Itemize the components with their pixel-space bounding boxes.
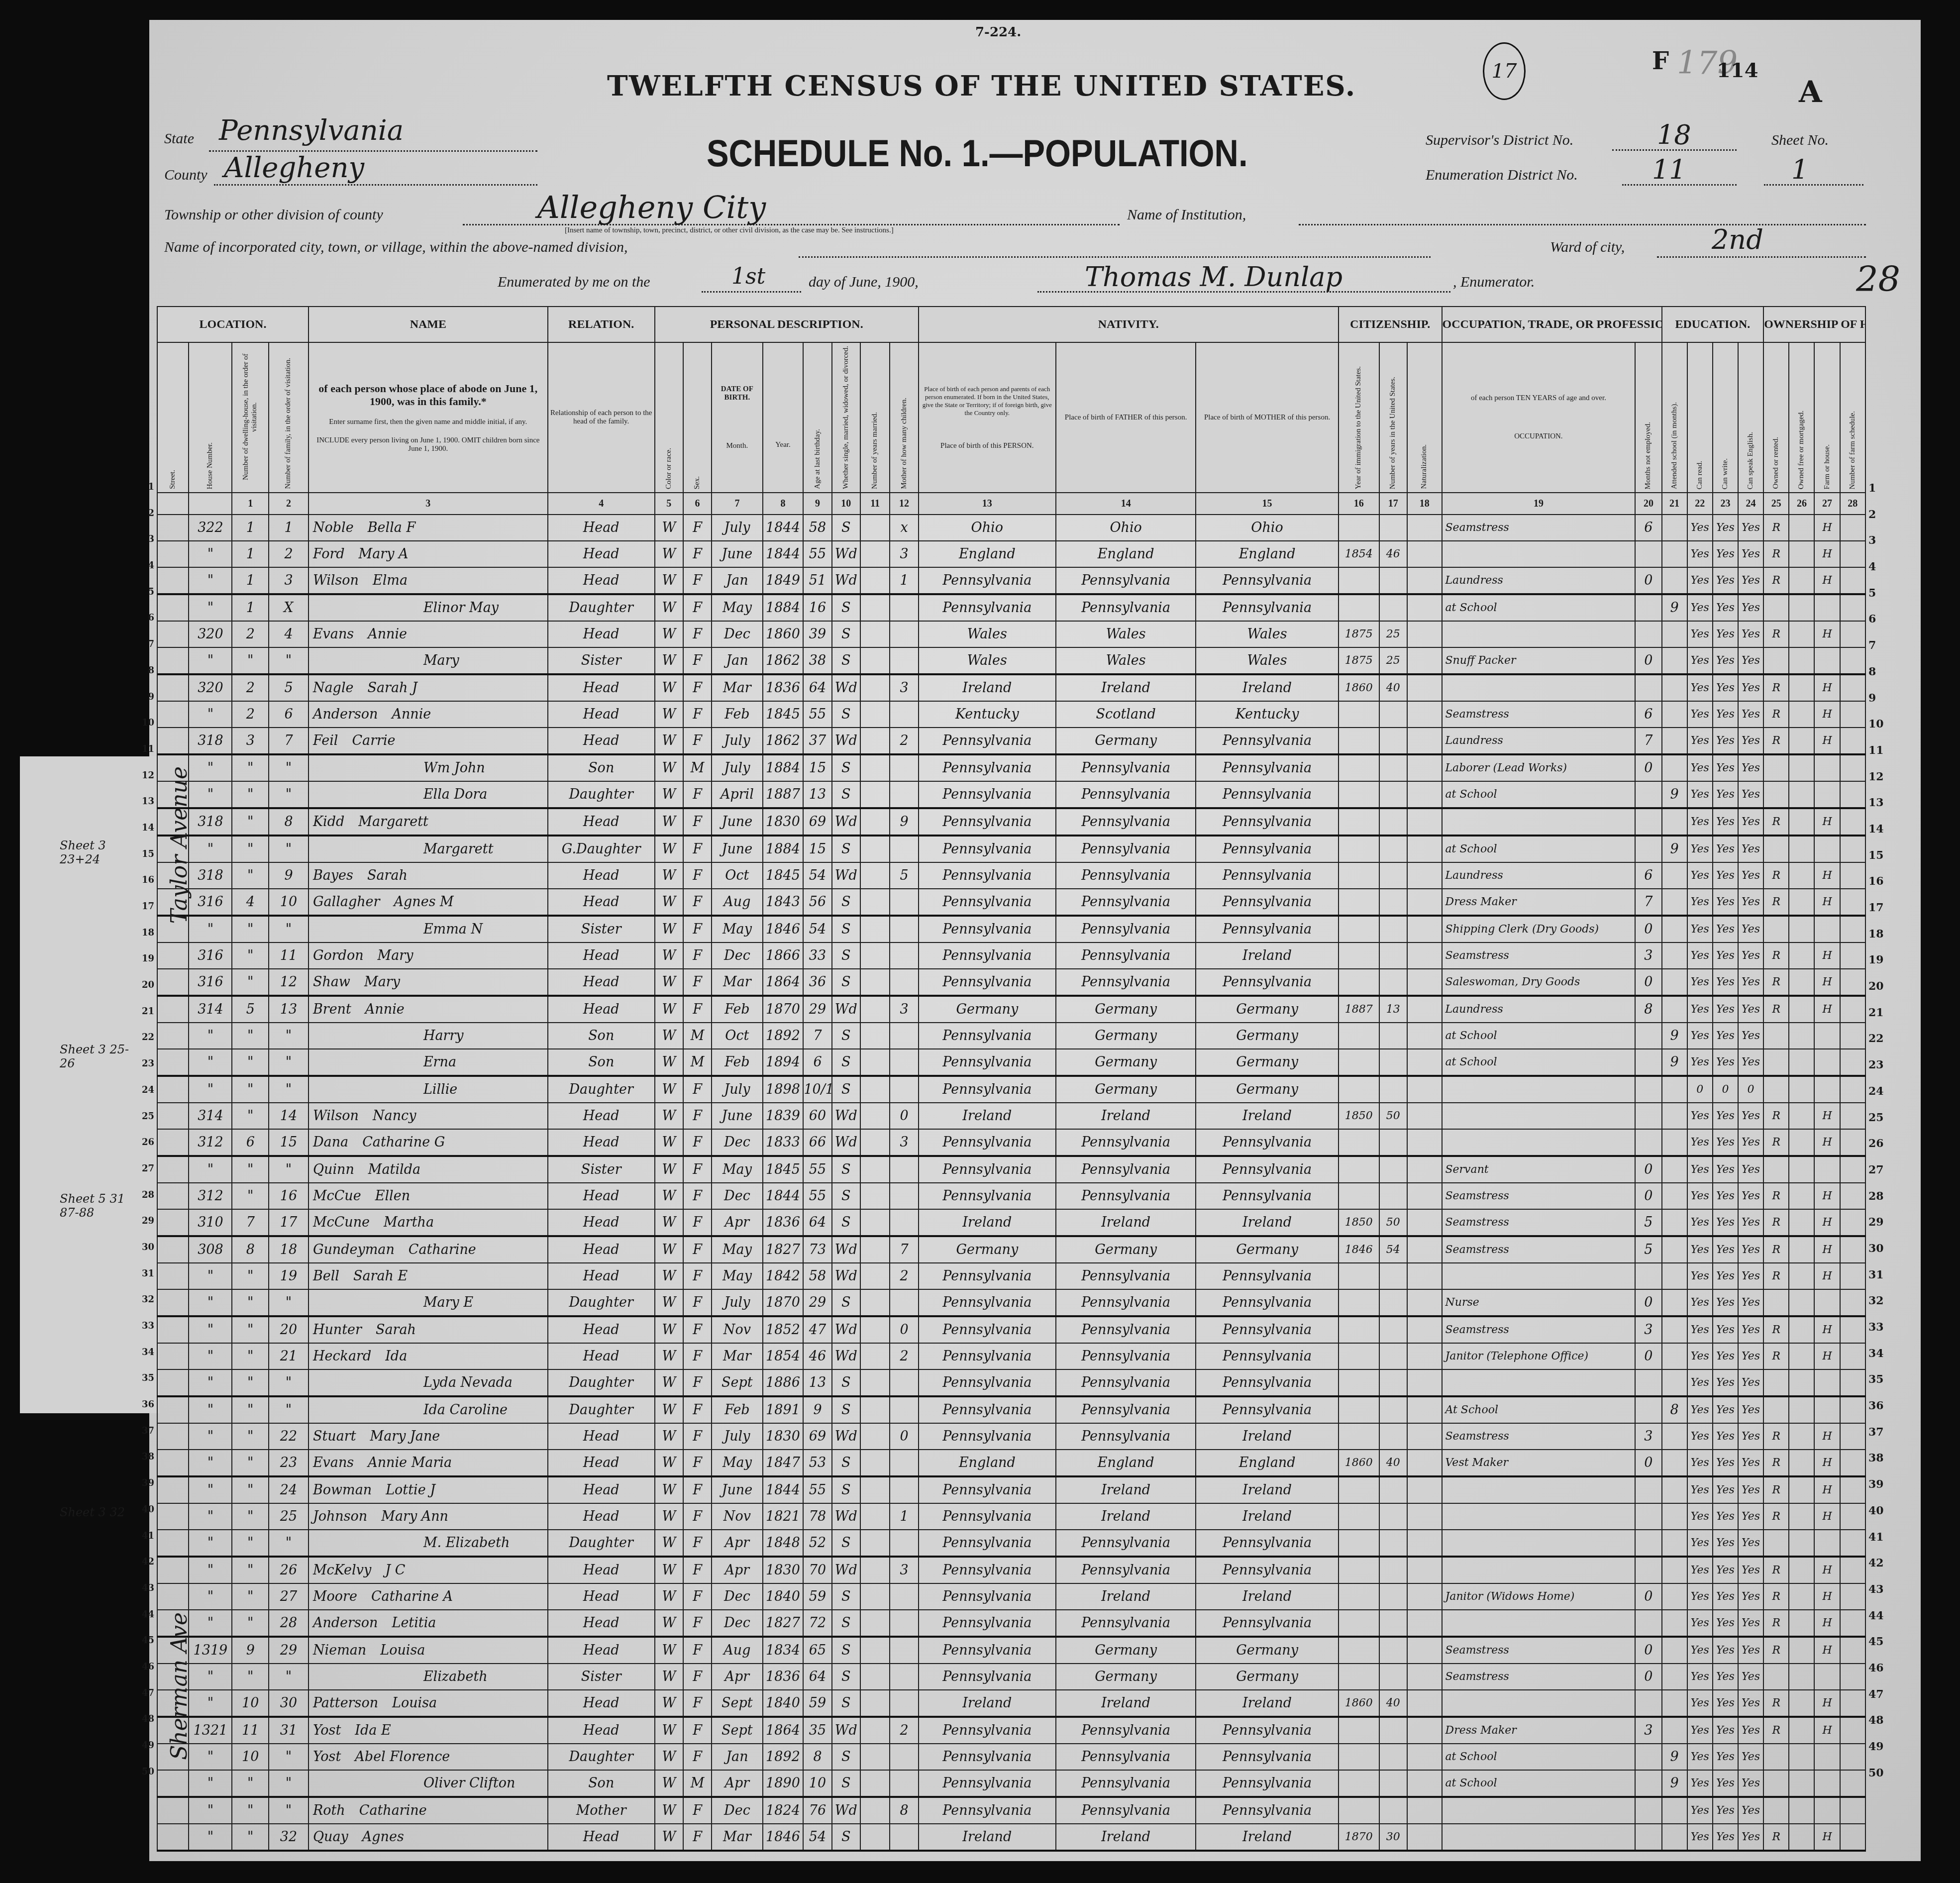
col-name: of each person whose place of abode on J…: [309, 342, 548, 493]
cell-write: Yes: [1713, 1369, 1738, 1396]
table-row: 318"9BayesSarahHeadWFOct184554Wd5Pennsyl…: [157, 862, 1865, 889]
cell-read: Yes: [1687, 567, 1713, 594]
cell-color: W: [655, 1717, 683, 1744]
cell-farm: H: [1814, 1183, 1840, 1209]
cell-nat: [1407, 1156, 1442, 1183]
township-instruction: [Insert name of township, town, precinct…: [565, 226, 894, 235]
cell-birth: Ireland: [919, 1824, 1056, 1851]
line-number: 43: [134, 1583, 154, 1609]
cell-year: 1892: [763, 1744, 804, 1770]
cell-street: [157, 1316, 189, 1343]
cell-birth: Pennsylvania: [919, 1503, 1056, 1530]
cell-farm: [1814, 1744, 1840, 1770]
table-row: """Oliver CliftonSonWMApr189010SPennsylv…: [157, 1770, 1865, 1797]
cell-mother-of: [890, 1530, 918, 1557]
cell-not-employed: [1635, 594, 1661, 621]
cell-farm: [1814, 1369, 1840, 1396]
surname: Evans: [313, 1455, 354, 1470]
cell-married-years: [860, 1797, 890, 1824]
cell-years-us: [1379, 1423, 1407, 1450]
cell-house: ": [189, 567, 232, 594]
cell-english: Yes: [1738, 889, 1763, 916]
cell-mother-of: 3: [890, 541, 918, 567]
line-number: 2: [1868, 508, 1898, 534]
column-number: 23: [1713, 493, 1738, 515]
given-name: Agnes M: [394, 894, 453, 910]
cell-mother: Pennsylvania: [1196, 781, 1339, 808]
cell-nat: [1407, 1236, 1442, 1263]
cell-english: Yes: [1738, 1690, 1763, 1717]
cell-birth: Pennsylvania: [919, 942, 1056, 969]
cell-family: 20: [269, 1316, 309, 1343]
cell-name: Mary: [309, 647, 548, 674]
cell-school: [1662, 1824, 1687, 1851]
cell-dwelling: ": [232, 1770, 269, 1797]
column-number: 3: [309, 493, 548, 515]
cell-dwelling: 2: [232, 621, 269, 647]
cell-married-years: [860, 1476, 890, 1503]
cell-occupation: Laundress: [1442, 996, 1636, 1023]
cell-occupation: at School: [1442, 1023, 1636, 1049]
cell-school: [1662, 1797, 1687, 1824]
col-year: Year.: [763, 342, 804, 493]
cell-immig: [1339, 754, 1379, 781]
cell-month: May: [712, 1236, 762, 1263]
cell-years-us: [1379, 942, 1407, 969]
cell-street: [157, 1530, 189, 1557]
cell-marital: S: [832, 942, 860, 969]
line-number: 17: [134, 901, 154, 928]
cell-mother: Wales: [1196, 647, 1339, 674]
cell-father: Pennsylvania: [1056, 754, 1196, 781]
cell-father: Pennsylvania: [1056, 1129, 1196, 1156]
cell-english: Yes: [1738, 1183, 1763, 1209]
cell-owned: R: [1763, 1583, 1789, 1610]
cell-month: Aug: [712, 1637, 762, 1664]
cell-father: Wales: [1056, 647, 1196, 674]
cell-read: Yes: [1687, 862, 1713, 889]
line-number: 47: [1868, 1688, 1898, 1714]
line-number: 18: [134, 928, 154, 954]
cell-color: W: [655, 1423, 683, 1450]
surname: Bell: [313, 1268, 339, 1284]
cell-owned: R: [1763, 808, 1789, 836]
cell-dwelling: ": [232, 969, 269, 996]
cell-name: Elinor May: [309, 594, 548, 621]
cell-color: W: [655, 594, 683, 621]
cell-age: 53: [803, 1450, 831, 1476]
cell-father: Germany: [1056, 1023, 1196, 1049]
cell-name: YostIda E: [309, 1717, 548, 1744]
surname: Anderson: [313, 1615, 378, 1631]
cell-occupation: at School: [1442, 1744, 1636, 1770]
cell-years-us: [1379, 1744, 1407, 1770]
cell-birth: Pennsylvania: [919, 1076, 1056, 1103]
line-number: 24: [1868, 1085, 1898, 1111]
col-birth-mother: Place of birth of MOTHER of this person.: [1196, 342, 1339, 493]
cell-name: WilsonElma: [309, 567, 548, 594]
cell-immig: [1339, 1263, 1379, 1289]
cell-mother-of: 9: [890, 808, 918, 836]
cell-family: 28: [269, 1610, 309, 1637]
enumerated-day: 1st: [731, 264, 765, 289]
cell-farm: H: [1814, 621, 1840, 647]
page-margin-number: 28: [1856, 259, 1900, 300]
given-name: Mary A: [359, 546, 409, 562]
cell-dwelling: ": [232, 1289, 269, 1316]
line-number: 35: [1868, 1373, 1898, 1399]
line-number: 26: [1868, 1137, 1898, 1163]
cell-mother: Ireland: [1196, 1824, 1339, 1851]
cell-month: Dec: [712, 1583, 762, 1610]
cell-year: 1887: [763, 781, 804, 808]
surname: Moore: [313, 1589, 357, 1604]
table-row: 31837FeilCarrieHeadWFJuly186237Wd2Pennsy…: [157, 728, 1865, 754]
column-number: 1: [232, 493, 269, 515]
surname: Gallagher: [313, 894, 380, 910]
cell-farm: H: [1814, 1316, 1840, 1343]
cell-marital: S: [832, 1209, 860, 1236]
cell-not-employed: [1635, 674, 1661, 701]
cell-not-employed: [1635, 1396, 1661, 1423]
cell-married-years: [860, 916, 890, 942]
cell-read: Yes: [1687, 1583, 1713, 1610]
cell-age: 13: [803, 1369, 831, 1396]
cell-owned: R: [1763, 1103, 1789, 1129]
cell-house: ": [189, 916, 232, 942]
cell-english: Yes: [1738, 1236, 1763, 1263]
cell-year: 1842: [763, 1263, 804, 1289]
cell-sex: F: [683, 1717, 712, 1744]
cell-nat: [1407, 567, 1442, 594]
surname: Ford: [313, 546, 345, 562]
line-number: 44: [134, 1609, 154, 1636]
cell-immig: [1339, 1049, 1379, 1076]
line-number: 22: [1868, 1032, 1898, 1058]
cell-family: 5: [269, 674, 309, 701]
table-row: """Mary EDaughterWFJuly187029SPennsylvan…: [157, 1289, 1865, 1316]
cell-mother: Germany: [1196, 996, 1339, 1023]
cell-read: Yes: [1687, 728, 1713, 754]
cell-write: 0: [1713, 1076, 1738, 1103]
cell-owned: [1763, 594, 1789, 621]
cell-free: [1789, 728, 1814, 754]
table-row: 314513BrentAnnieHeadWFFeb187029Wd3German…: [157, 996, 1865, 1023]
cell-mother-of: [890, 1023, 918, 1049]
cell-write: Yes: [1713, 1316, 1738, 1343]
cell-owned: R: [1763, 1690, 1789, 1717]
cell-farm: [1814, 647, 1840, 674]
cell-color: W: [655, 1129, 683, 1156]
cell-owned: R: [1763, 1343, 1789, 1369]
cell-marital: S: [832, 916, 860, 942]
cell-mother-of: [890, 1369, 918, 1396]
given-name: Mary: [378, 948, 413, 963]
cell-owned: R: [1763, 996, 1789, 1023]
cell-dwelling: ": [232, 1183, 269, 1209]
cell-sex: F: [683, 1530, 712, 1557]
cell-immig: 1860: [1339, 1450, 1379, 1476]
line-number: 21: [1868, 1006, 1898, 1033]
line-number: 10: [134, 718, 154, 744]
cell-dwelling: ": [232, 1530, 269, 1557]
line-number: 12: [134, 770, 154, 797]
cell-name: Lyda Nevada: [309, 1369, 548, 1396]
cell-read: Yes: [1687, 889, 1713, 916]
col-farm-house: Farm or house.: [1814, 342, 1840, 493]
cell-occupation: [1442, 1530, 1636, 1557]
cell-nat: [1407, 1129, 1442, 1156]
cell-dwelling: ": [232, 862, 269, 889]
cell-write: Yes: [1713, 1503, 1738, 1530]
cell-owned: [1763, 1023, 1789, 1049]
cell-sex: F: [683, 996, 712, 1023]
cell-occupation: [1442, 1610, 1636, 1637]
cell-sched: [1840, 1476, 1865, 1503]
cell-year: 1884: [763, 836, 804, 862]
cell-relation: Head: [548, 889, 655, 916]
cell-family: 27: [269, 1583, 309, 1610]
cell-immig: [1339, 701, 1379, 728]
cell-mother: Pennsylvania: [1196, 1289, 1339, 1316]
cell-write: Yes: [1713, 728, 1738, 754]
cell-years-us: [1379, 1023, 1407, 1049]
cell-relation: Head: [548, 1129, 655, 1156]
cell-sched: [1840, 754, 1865, 781]
column-number: 10: [832, 493, 860, 515]
cell-year: 1884: [763, 754, 804, 781]
cell-birth: Ireland: [919, 1103, 1056, 1129]
cell-sched: [1840, 1450, 1865, 1476]
cell-years-us: [1379, 567, 1407, 594]
cell-school: [1662, 1450, 1687, 1476]
cell-color: W: [655, 621, 683, 647]
given-name: Margarett: [358, 814, 428, 830]
given-name: Ella Dora: [423, 787, 488, 802]
cell-nat: [1407, 969, 1442, 996]
cell-occupation: Vest Maker: [1442, 1450, 1636, 1476]
cell-birth: Pennsylvania: [919, 1049, 1056, 1076]
cell-birth: Pennsylvania: [919, 1476, 1056, 1503]
cell-year: 1836: [763, 1209, 804, 1236]
col-relation: Relationship of each person to the head …: [548, 342, 655, 493]
cell-mother-of: 2: [890, 728, 918, 754]
cell-relation: Head: [548, 1690, 655, 1717]
cell-sched: [1840, 1049, 1865, 1076]
cell-farm: H: [1814, 1610, 1840, 1637]
cell-sex: F: [683, 1637, 712, 1664]
cell-write: Yes: [1713, 1209, 1738, 1236]
cell-sex: F: [683, 647, 712, 674]
cell-owned: R: [1763, 1824, 1789, 1851]
cell-school: [1662, 1343, 1687, 1369]
cell-age: 64: [803, 1209, 831, 1236]
cell-free: [1789, 594, 1814, 621]
cell-owned: R: [1763, 942, 1789, 969]
cell-name: EvansAnnie: [309, 621, 548, 647]
cell-street: [157, 1369, 189, 1396]
given-name: Bella F: [368, 520, 416, 535]
cell-color: W: [655, 969, 683, 996]
cell-owned: R: [1763, 621, 1789, 647]
cell-year: 1866: [763, 942, 804, 969]
cell-nat: [1407, 1209, 1442, 1236]
cell-english: Yes: [1738, 541, 1763, 567]
cell-years-us: 25: [1379, 647, 1407, 674]
cell-age: 36: [803, 969, 831, 996]
cell-read: Yes: [1687, 996, 1713, 1023]
cell-house: 322: [189, 515, 232, 541]
cell-marital: Wd: [832, 567, 860, 594]
group-occupation: OCCUPATION, TRADE, OR PROFESSION: [1442, 307, 1662, 342]
cell-father: Pennsylvania: [1056, 942, 1196, 969]
cell-free: [1789, 1103, 1814, 1129]
cell-married-years: [860, 1664, 890, 1690]
cell-dwelling: ": [232, 1316, 269, 1343]
cell-month: July: [712, 515, 762, 541]
line-number: 1: [1868, 482, 1898, 508]
cell-free: [1789, 862, 1814, 889]
cell-age: 51: [803, 567, 831, 594]
col-house-number: House Number.: [189, 342, 232, 493]
cell-age: 38: [803, 647, 831, 674]
cell-dwelling: ": [232, 1263, 269, 1289]
cell-occupation: Seamstress: [1442, 1637, 1636, 1664]
cell-sex: F: [683, 808, 712, 836]
cell-relation: Head: [548, 969, 655, 996]
cell-nat: [1407, 781, 1442, 808]
cell-free: [1789, 1797, 1814, 1824]
cell-not-employed: 3: [1635, 1316, 1661, 1343]
cell-english: Yes: [1738, 1289, 1763, 1316]
cell-write: Yes: [1713, 621, 1738, 647]
cell-english: Yes: [1738, 1263, 1763, 1289]
cell-write: Yes: [1713, 1396, 1738, 1423]
cell-sched: [1840, 1637, 1865, 1664]
cell-not-employed: 0: [1635, 567, 1661, 594]
cell-nat: [1407, 541, 1442, 567]
column-number: 20: [1635, 493, 1661, 515]
cell-mother-of: [890, 1476, 918, 1503]
incorporated-label: Name of incorporated city, town, or vill…: [164, 239, 628, 256]
cell-mother: England: [1196, 1450, 1339, 1476]
line-number: 26: [134, 1137, 154, 1163]
cell-farm: H: [1814, 1717, 1840, 1744]
cell-sex: M: [683, 1023, 712, 1049]
cell-street: [157, 701, 189, 728]
cell-father: Pennsylvania: [1056, 1289, 1196, 1316]
surname: Nagle: [313, 680, 354, 696]
cell-street: [157, 1129, 189, 1156]
cell-school: [1662, 808, 1687, 836]
cell-mother: Pennsylvania: [1196, 836, 1339, 862]
cell-relation: Son: [548, 754, 655, 781]
line-number: 33: [1868, 1321, 1898, 1347]
cell-birth: Pennsylvania: [919, 889, 1056, 916]
cell-write: Yes: [1713, 889, 1738, 916]
cell-owned: [1763, 1076, 1789, 1103]
cell-dwelling: 1: [232, 515, 269, 541]
cell-not-employed: 3: [1635, 1717, 1661, 1744]
surname: McCue: [313, 1188, 361, 1204]
cell-house: ": [189, 701, 232, 728]
cell-dwelling: ": [232, 754, 269, 781]
cell-month: Oct: [712, 1023, 762, 1049]
cell-write: Yes: [1713, 541, 1738, 567]
cell-owned: R: [1763, 1183, 1789, 1209]
table-row: """MarySisterWFJan186238SWalesWalesWales…: [157, 647, 1865, 674]
cell-relation: Head: [548, 567, 655, 594]
cell-school: [1662, 1690, 1687, 1717]
cell-free: [1789, 754, 1814, 781]
cell-family: 26: [269, 1557, 309, 1583]
cell-school: [1662, 1236, 1687, 1263]
cell-father: Pennsylvania: [1056, 1557, 1196, 1583]
cell-age: 64: [803, 674, 831, 701]
cell-free: [1789, 1236, 1814, 1263]
cell-farm: H: [1814, 969, 1840, 996]
cell-house: ": [189, 1690, 232, 1717]
cell-nat: [1407, 728, 1442, 754]
cell-years-us: [1379, 781, 1407, 808]
cell-years-us: [1379, 1797, 1407, 1824]
cell-occupation: [1442, 1690, 1636, 1717]
line-number: 8: [1868, 665, 1898, 692]
cell-mother-of: 1: [890, 1503, 918, 1530]
cell-family: ": [269, 1023, 309, 1049]
cell-sex: F: [683, 541, 712, 567]
cell-not-employed: [1635, 1744, 1661, 1770]
cell-years-us: [1379, 1637, 1407, 1664]
cell-years-us: 40: [1379, 1450, 1407, 1476]
cell-school: [1662, 969, 1687, 996]
cell-year: 1846: [763, 1824, 804, 1851]
cell-family: ": [269, 1049, 309, 1076]
cell-years-us: 50: [1379, 1209, 1407, 1236]
enumerated-day-field: [702, 291, 801, 293]
cell-married-years: [860, 1129, 890, 1156]
cell-mother-of: [890, 594, 918, 621]
census-title: TWELFTH CENSUS OF THE UNITED STATES.: [607, 70, 1356, 103]
cell-not-employed: 0: [1635, 754, 1661, 781]
cell-read: Yes: [1687, 1476, 1713, 1503]
cell-occupation: [1442, 1103, 1636, 1129]
cell-color: W: [655, 1797, 683, 1824]
cell-write: Yes: [1713, 808, 1738, 836]
cell-relation: Head: [548, 1263, 655, 1289]
cell-dwelling: 2: [232, 674, 269, 701]
cell-english: Yes: [1738, 1396, 1763, 1423]
cell-write: Yes: [1713, 1423, 1738, 1450]
cell-sex: F: [683, 594, 712, 621]
cell-not-employed: [1635, 1770, 1661, 1797]
surname: Feil: [313, 733, 338, 748]
cell-father: Pennsylvania: [1056, 1156, 1196, 1183]
cell-mother: Pennsylvania: [1196, 1263, 1339, 1289]
cell-color: W: [655, 862, 683, 889]
surname: McCune: [313, 1215, 370, 1230]
cell-english: Yes: [1738, 1049, 1763, 1076]
cell-married-years: [860, 808, 890, 836]
sheet-value: 1: [1791, 154, 1808, 186]
cell-occupation: [1442, 541, 1636, 567]
given-name: Margarett: [423, 841, 494, 857]
cell-house: ": [189, 1824, 232, 1851]
cell-occupation: Dress Maker: [1442, 889, 1636, 916]
cell-nat: [1407, 621, 1442, 647]
cell-not-employed: 5: [1635, 1209, 1661, 1236]
cell-mother: Pennsylvania: [1196, 1770, 1339, 1797]
